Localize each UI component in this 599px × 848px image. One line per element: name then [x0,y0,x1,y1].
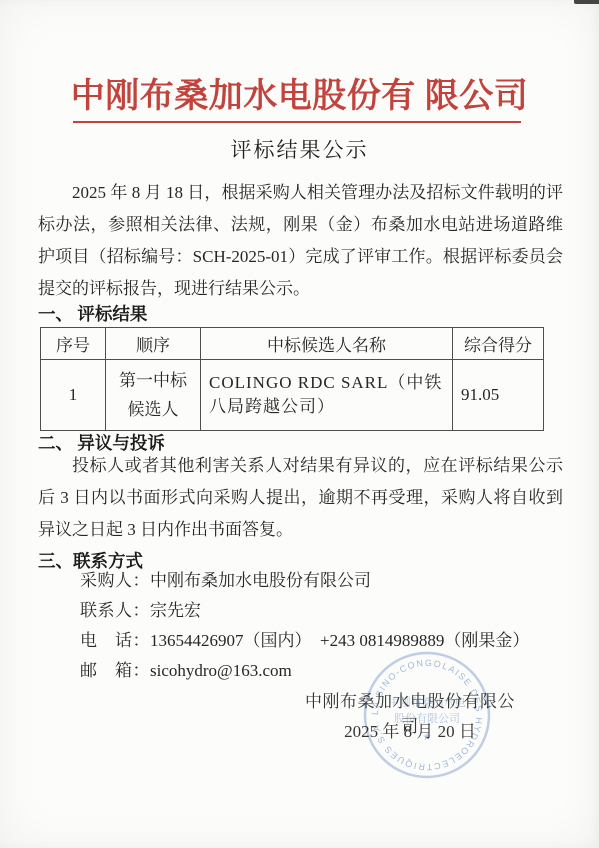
table-header-order: 顺序 [106,328,201,360]
contact-value: 宗先宏 [150,601,201,620]
table-row: 1 第一中标候选人 COLINGO RDC SARL（中铁八局跨越公司） 91.… [41,360,544,431]
table-header-row: 序号 顺序 中标候选人名称 综合得分 [41,328,544,360]
intro-paragraph: 2025 年 8 月 18 日，根据采购人相关管理办法及招标文件载明的评标办法，… [38,177,563,305]
objection-paragraph: 投标人或者其他利害关系人对结果有异议的，应在评标结果公示后 3 日内以书面形式向… [38,450,563,546]
contact-row-purchaser: 采购人：中刚布桑加水电股份有限公司 [80,566,569,596]
table-cell-name: COLINGO RDC SARL（中铁八局跨越公司） [201,360,453,431]
contact-label: 邮 箱： [80,661,150,680]
results-table: 序号 顺序 中标候选人名称 综合得分 1 第一中标候选人 COLINGO RDC… [40,327,544,431]
contact-label: 采购人： [80,571,150,590]
document-page: 中刚布桑加水电股份有 限公司 评标结果公示 2025 年 8 月 18 日，根据… [0,0,599,848]
table-cell-order: 第一中标候选人 [106,360,201,431]
company-title: 中刚布桑加水电股份有 限公司 [0,68,599,117]
contact-row-email: 邮 箱：sicohydro@163.com [80,656,569,686]
scan-artifact [574,0,599,4]
contact-value: sicohydro@163.com [150,661,292,680]
contact-label: 联系人： [80,601,150,620]
contact-value: 中刚布桑加水电股份有限公司 [150,571,371,590]
contact-row-phone: 电 话：13654426907（国内） +243 0814989889（刚果金） [80,626,569,656]
contact-list: 采购人：中刚布桑加水电股份有限公司 联系人：宗先宏 电 话：1365442690… [80,566,569,686]
table-header-seq: 序号 [41,328,106,360]
title-underline-divider [73,121,521,123]
contact-row-person: 联系人：宗先宏 [80,596,569,626]
document-title: 评标结果公示 [0,134,599,164]
table-cell-seq: 1 [41,360,106,431]
contact-label: 电 话： [80,631,150,650]
table-header-name: 中标候选人名称 [201,328,453,360]
section-heading-results: 一、 评标结果 [38,301,563,327]
table-header-score: 综合得分 [453,328,544,360]
table-cell-score: 91.05 [453,360,544,431]
signature-date: 2025 年 8 月 20 日 [305,717,515,742]
